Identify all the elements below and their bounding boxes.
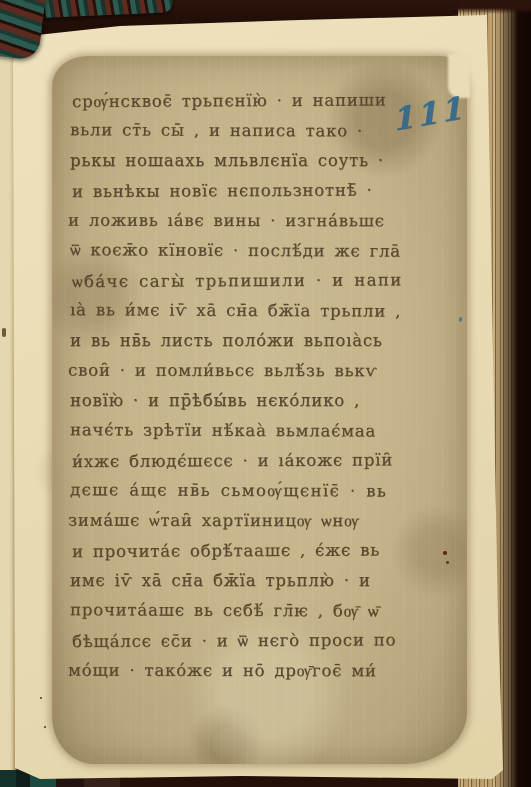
- text-line: рькы ношаахь мльвлєнїа соуть ·: [70, 146, 462, 176]
- text-line: ѡба́чє сагы̀ трьпишили · и напи: [72, 265, 464, 297]
- text-line: начє́ть зрѣтїи нѣ́каа̀ вьмлає́маа: [70, 415, 462, 447]
- manuscript-page: 111 срѹ́нсквоє̄ трьпєнїю̀ · и напиши вьл…: [0, 0, 531, 787]
- text-line: и вь нв̄ь листь поло́жи вьпоıа̀сь: [70, 326, 462, 356]
- ink-speck: [459, 317, 462, 322]
- text-block: срѹ́нсквоє̄ трьпєнїю̀ · и напиши вьли ст…: [70, 86, 462, 686]
- manuscript-photo: 111 срѹ́нсквоє̄ трьпєнїю̀ · и напиши вьл…: [0, 0, 531, 787]
- text-line: бѣща́лсє єс̄и · и ѿ нєго̀ проси по: [72, 625, 464, 657]
- text-line: и вьнѣкы новїє нєпользнотнѣ̄ ·: [72, 175, 464, 207]
- book-fore-edge-shadow: [458, 0, 531, 14]
- ink-speck: [40, 697, 42, 699]
- text-line: дєшє а́щє нв̄ь сьмоѹ́щєнїє̄ · вь: [70, 475, 462, 507]
- gutter-mark: [2, 328, 6, 337]
- text-line: и ложивь ıа́вє вины · изгна́вьшє: [68, 206, 460, 237]
- text-line: вьли ст̄ь сы̄ , и написа тако ·: [70, 115, 462, 147]
- ink-speck: [446, 561, 449, 564]
- text-line: и́хжє блюдє́шєсє · и ıа́кожє прїи̑: [72, 445, 464, 477]
- text-line: свои̑ · и помли́вьсє вьлѣ́зь вькѵ: [68, 356, 460, 387]
- text-line: имє іѵ̄ ха̄ сн̄а бж̄їа трьплю̀ · и: [70, 566, 462, 596]
- text-line: ıа̀ вь и́мє іѵ̄ ха̄ сн̄а бж̄їа трьпли ,: [70, 295, 462, 327]
- ink-speck: [443, 551, 447, 555]
- text-line: новїю̀ · и пр̄ѣбы́вь нєко́лико ,: [70, 386, 462, 416]
- text-line: прочита́ашє вь сєбѣ́ гл̄ѥ , бѹ̄ ѡ̄: [70, 595, 462, 627]
- text-line: мо́щи · тако́жє и но̄ дрѹ̄гоє̄ ми́: [68, 656, 460, 687]
- text-line: срѹ́нсквоє̄ трьпєнїю̀ · и напиши: [72, 85, 464, 117]
- text-line: зима́шє ѡ́таи̑ хартїиницѹ ѡнѹ: [68, 506, 460, 537]
- text-line: и прочита́є обрѣ́таашє , є́жє вь: [72, 535, 464, 567]
- text-line: ѿ коєж̄о кїновїє · послѣ́ди жє гла̄: [70, 235, 462, 267]
- ink-speck: [44, 726, 46, 728]
